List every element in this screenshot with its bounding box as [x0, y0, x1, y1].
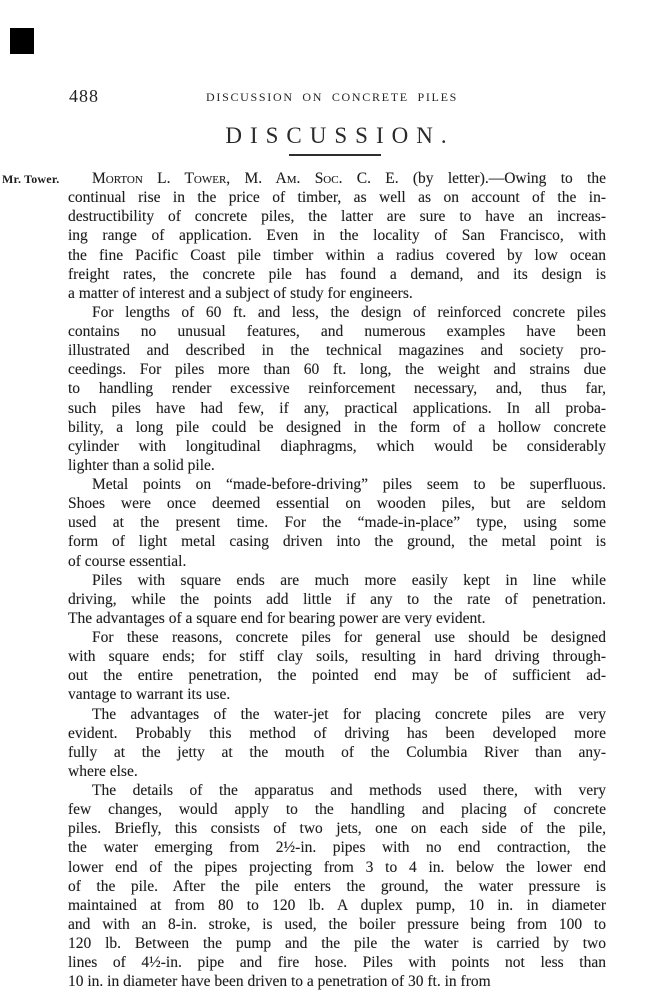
text-line: lower end of the pipes projecting from 3…	[68, 858, 606, 877]
text-line: continual rise in the price of timber, a…	[68, 188, 606, 207]
text-line: 10 in. in diameter have been driven to a…	[68, 972, 606, 991]
text-line: The details of the apparatus and methods…	[68, 781, 606, 800]
scan-artifact	[10, 28, 34, 54]
text-line: freight rates, the concrete pile has fou…	[68, 265, 606, 284]
text-line: lighter than a solid pile.	[68, 456, 606, 475]
text-line: maintained at from 80 to 120 lb. A duple…	[68, 896, 606, 915]
text-line: and with an 8-in. stroke, is used, the b…	[68, 915, 606, 934]
text-line: The advantages of a square end for beari…	[68, 609, 606, 628]
running-head: DISCUSSION ON CONCRETE PILES	[64, 90, 600, 105]
text-line: bility, a long pile could be designed in…	[68, 418, 606, 437]
text-line: fully at the jetty at the mouth of the C…	[68, 743, 606, 762]
text-line: few changes, would apply to the handling…	[68, 800, 606, 819]
text-line: such piles have had few, if any, practic…	[68, 399, 606, 418]
text-line: Morton L. Tower, M. Am. Soc. C. E. (by l…	[68, 169, 606, 188]
text-line: to handling render excessive reinforceme…	[68, 379, 606, 398]
text-line: Shoes were once deemed essential on wood…	[68, 494, 606, 513]
text-line: driving, while the points add little if …	[68, 590, 606, 609]
text-line: piles. Briefly, this consists of two jet…	[68, 819, 606, 838]
text-line: the fine Pacific Coast pile timber withi…	[68, 246, 606, 265]
author-smallcaps: Morton L. Tower, M. Am. Soc. C. E.	[92, 170, 399, 187]
text-line: where else.	[68, 762, 606, 781]
text-line: 120 lb. Between the pump and the pile th…	[68, 934, 606, 953]
text-line: of the pile. After the pile enters the g…	[68, 877, 606, 896]
text-line: used at the present time. For the “made-…	[68, 513, 606, 532]
heading-rule	[289, 154, 381, 156]
text-line: lines of 4½-in. pipe and fire hose. Pile…	[68, 953, 606, 972]
text-line: The advantages of the water-jet for plac…	[68, 705, 606, 724]
text-line: of course essential.	[68, 552, 606, 571]
text-line: the water emerging from 2½-in. pipes wit…	[68, 838, 606, 857]
text-line: a matter of interest and a subject of st…	[68, 284, 606, 303]
text-line: For lengths of 60 ft. and less, the desi…	[68, 303, 606, 322]
text-line: Metal points on “made-before-driving” pi…	[68, 475, 606, 494]
text-line: vantage to warrant its use.	[68, 685, 606, 704]
text-line: form of light metal casing driven into t…	[68, 532, 606, 551]
text-line: destructibility of concrete piles, the l…	[68, 207, 606, 226]
margin-note-speaker: Mr. Tower.	[2, 172, 59, 187]
text-line: contains no unusual features, and numero…	[68, 322, 606, 341]
text-line: evident. Probably this method of driving…	[68, 724, 606, 743]
text-line: cylinder with longitudinal diaphragms, w…	[68, 437, 606, 456]
body-text: Morton L. Tower, M. Am. Soc. C. E. (by l…	[68, 169, 606, 991]
section-heading: DISCUSSION.	[68, 123, 604, 149]
text-line: For these reasons, concrete piles for ge…	[68, 628, 606, 647]
text-line: ceedings. For piles more than 60 ft. lon…	[68, 360, 606, 379]
book-page: 488 DISCUSSION ON CONCRETE PILES DISCUSS…	[0, 0, 650, 994]
text-line: illustrated and described in the technic…	[68, 341, 606, 360]
text-line: ing range of application. Even in the lo…	[68, 226, 606, 245]
text-line: with square ends; for stiff clay soils, …	[68, 647, 606, 666]
text-line: Piles with square ends are much more eas…	[68, 571, 606, 590]
text-line: out the entire penetration, the pointed …	[68, 666, 606, 685]
